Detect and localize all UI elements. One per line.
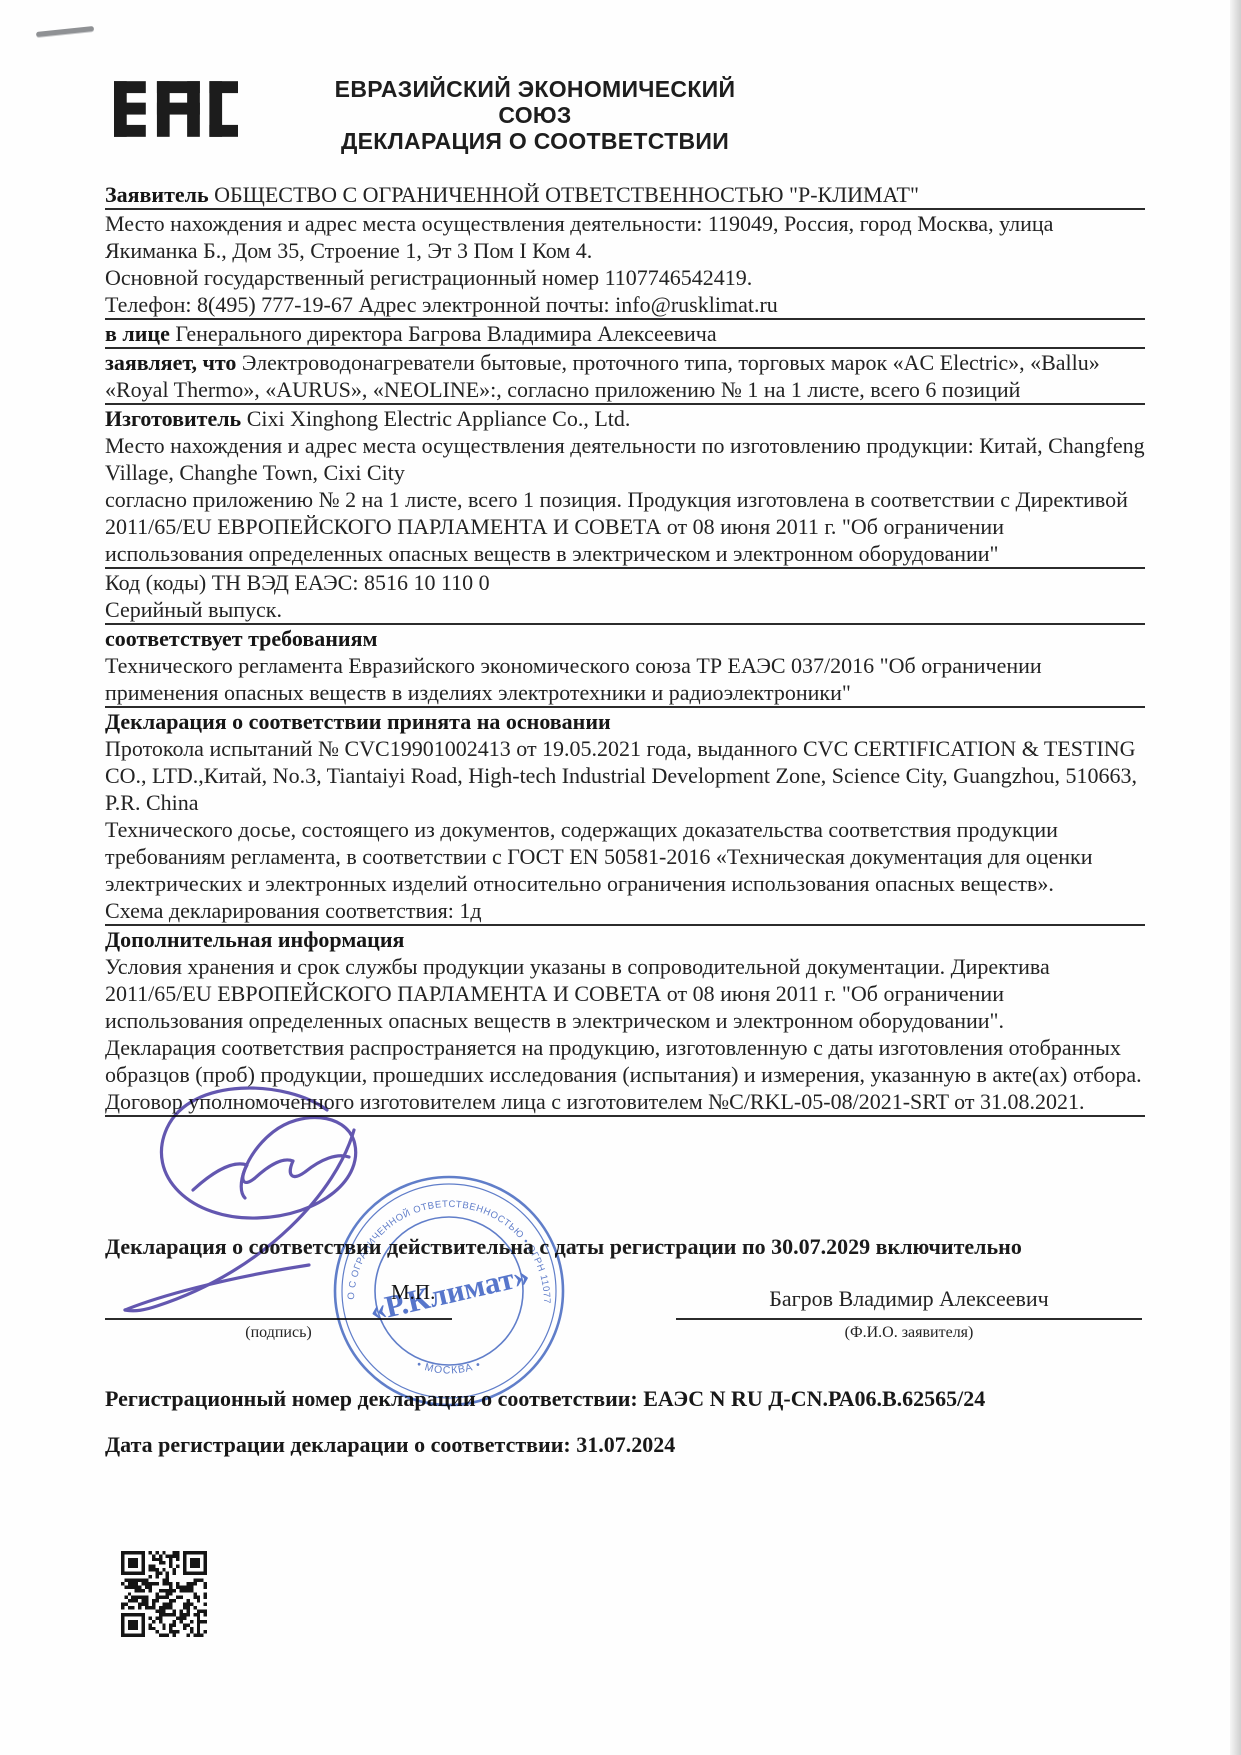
- section-product-code: Код (коды) ТН ВЭД ЕАЭС: 8516 10 110 0 Се…: [105, 569, 1145, 625]
- section-conformity: соответствует требованиям Технического р…: [105, 625, 1145, 708]
- registration-date: Дата регистрации декларации о соответств…: [105, 1432, 1165, 1458]
- declares-label: заявляет, что: [105, 350, 236, 375]
- document-title: ЕВРАЗИЙСКИЙ ЭКОНОМИЧЕСКИЙ СОЮЗ ДЕКЛАРАЦИ…: [295, 76, 775, 154]
- basis-scheme: Схема декларирования соответствия: 1д: [105, 897, 1145, 924]
- additional-label: Дополнительная информация: [105, 926, 1145, 953]
- fio-line: [676, 1318, 1142, 1320]
- manufacturer-address: Место нахождения и адрес места осуществл…: [105, 432, 1145, 486]
- fio-caption: (Ф.И.О. заявителя): [676, 1324, 1142, 1342]
- applicant-name: ОБЩЕСТВО С ОГРАНИЧЕННОЙ ОТВЕТСТВЕННОСТЬЮ…: [214, 182, 919, 207]
- stamp-ring-bottom-text: • МОСКВА •: [415, 1358, 483, 1376]
- scan-edge-shadow: [1230, 0, 1241, 1755]
- declares-text: Электроводонагреватели бытовые, проточно…: [105, 350, 1100, 402]
- scan-artifact: [36, 26, 94, 37]
- applicant-address: Место нахождения и адрес места осуществл…: [105, 210, 1145, 264]
- manufacturer-label: Изготовитель: [105, 406, 241, 431]
- section-declares: заявляет, что Электроводонагреватели быт…: [105, 349, 1145, 405]
- basis-dossier: Технического досье, состоящего из докуме…: [105, 816, 1145, 897]
- serial-issue: Серийный выпуск.: [105, 596, 1145, 623]
- basis-protocol: Протокола испытаний № CVC19901002413 от …: [105, 735, 1145, 816]
- basis-label: Декларация о соответствии принята на осн…: [105, 708, 1145, 735]
- applicant-ogrn: Основной государственный регистрационный…: [105, 264, 1145, 291]
- tnved-code: Код (коды) ТН ВЭД ЕАЭС: 8516 10 110 0: [105, 569, 1145, 596]
- section-basis: Декларация о соответствии принята на осн…: [105, 708, 1145, 926]
- section-applicant-details: Место нахождения и адрес места осуществл…: [105, 210, 1145, 320]
- applicant-contacts: Телефон: 8(495) 777-19-67 Адрес электрон…: [105, 291, 1145, 318]
- applicant-fio: Багров Владимир Алексеевич: [676, 1286, 1142, 1312]
- section-representative: в лице Генерального директора Багрова Вл…: [105, 320, 1145, 349]
- document-body: Заявитель ОБЩЕСТВО С ОГРАНИЧЕННОЙ ОТВЕТС…: [105, 181, 1145, 1117]
- document-type: ДЕКЛАРАЦИЯ О СООТВЕТСТВИИ: [295, 128, 775, 154]
- registration-number: Регистрационный номер декларации о соотв…: [105, 1386, 1165, 1412]
- eac-logo-icon: [114, 72, 238, 146]
- section-manufacturer: Изготовитель Cixi Xinghong Electric Appl…: [105, 405, 1145, 569]
- svg-text:• МОСКВА •: • МОСКВА •: [415, 1358, 483, 1376]
- manufacturer-name: Cixi Xinghong Electric Appliance Co., Lt…: [247, 406, 631, 431]
- conformity-text: Технического регламента Евразийского эко…: [105, 652, 1145, 706]
- conformity-label: соответствует требованиям: [105, 625, 1145, 652]
- manufacturer-annex: согласно приложению № 2 на 1 листе, всег…: [105, 486, 1145, 567]
- representative-text: Генерального директора Багрова Владимира…: [175, 321, 716, 346]
- representative-label: в лице: [105, 321, 170, 346]
- additional-storage: Условия хранения и срок службы продукции…: [105, 953, 1145, 1034]
- applicant-label: Заявитель: [105, 182, 209, 207]
- qr-code: [114, 1544, 214, 1644]
- handwritten-signature: [95, 1068, 475, 1343]
- union-name: ЕВРАЗИЙСКИЙ ЭКОНОМИЧЕСКИЙ СОЮЗ: [295, 76, 775, 128]
- section-applicant-title: Заявитель ОБЩЕСТВО С ОГРАНИЧЕННОЙ ОТВЕТС…: [105, 181, 1145, 210]
- document-page: ЕВРАЗИЙСКИЙ ЭКОНОМИЧЕСКИЙ СОЮЗ ДЕКЛАРАЦИ…: [0, 0, 1241, 1755]
